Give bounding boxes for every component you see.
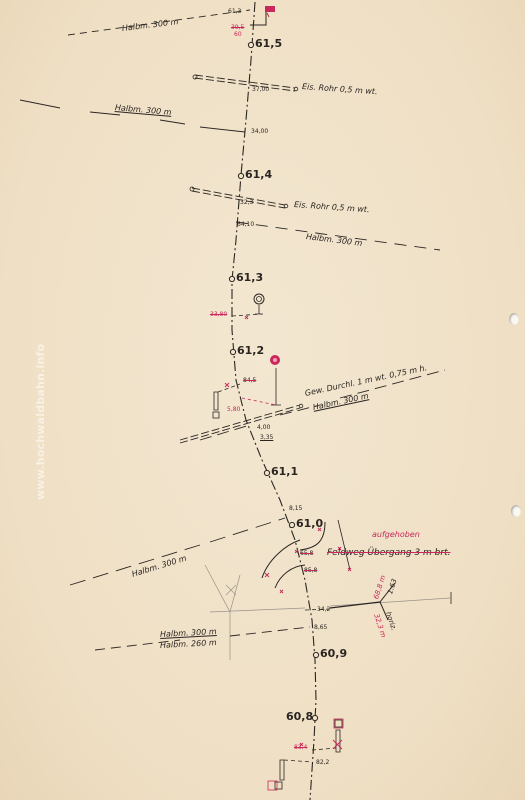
field-path-crossing-label: Feldweg Übergang 3 m brt. xyxy=(327,548,450,558)
station-halbm-4a: 4,00 xyxy=(257,424,270,431)
culvert-red-distance: 5,80 xyxy=(227,406,240,413)
km-marker-61-1: 61,1 xyxy=(271,465,298,478)
station-signal-struck: 33,80 xyxy=(210,311,227,318)
watermark: www.hochwaldbahn.info xyxy=(34,344,47,500)
km-marker-61-2: 61,2 xyxy=(237,344,264,357)
km-marker-61-5: 61,5 xyxy=(255,37,282,50)
station-halbm-5: 8,15 xyxy=(289,505,302,512)
station-halbm-4b: 3,35 xyxy=(260,434,273,441)
station-field-path-b: 85,8 xyxy=(304,567,317,574)
station-field-path-a: 65,8 xyxy=(300,550,313,557)
track-centerline xyxy=(232,2,316,800)
station-bottom: 82,2 xyxy=(316,759,329,766)
abolished-note: aufgehoben xyxy=(372,530,420,539)
km-marker-61-3: 61,3 xyxy=(236,271,263,284)
station-top-red-struck: 39,5 xyxy=(231,24,244,31)
station-top: 61,3 xyxy=(228,8,241,15)
station-bottom-struck: 83,4 xyxy=(294,744,307,751)
station-halbm-3: 64,10 xyxy=(237,221,254,228)
km-marker-61-0: 61,0 xyxy=(296,517,323,530)
station-road: 34,2 xyxy=(317,606,330,613)
station-rohr-2: 32,3 xyxy=(240,199,253,206)
station-culvert: 84,5 xyxy=(243,377,256,384)
track-plan-drawing xyxy=(0,0,525,800)
station-halbm-2: 34,00 xyxy=(251,128,268,135)
punch-hole-top xyxy=(509,313,519,325)
km-marker-60-8: 60,8 xyxy=(286,710,313,723)
survey-sheet: www.hochwaldbahn.info 61,5 61,4 61,3 61,… xyxy=(0,0,525,800)
station-rohr-1: 37,00 xyxy=(252,86,269,93)
km-marker-60-9: 60,9 xyxy=(320,647,347,660)
km-marker-61-4: 61,4 xyxy=(245,168,272,181)
punch-hole-bottom xyxy=(511,505,521,517)
station-top-red: 60 xyxy=(234,31,242,38)
station-halbm-6: 8,65 xyxy=(314,624,327,631)
